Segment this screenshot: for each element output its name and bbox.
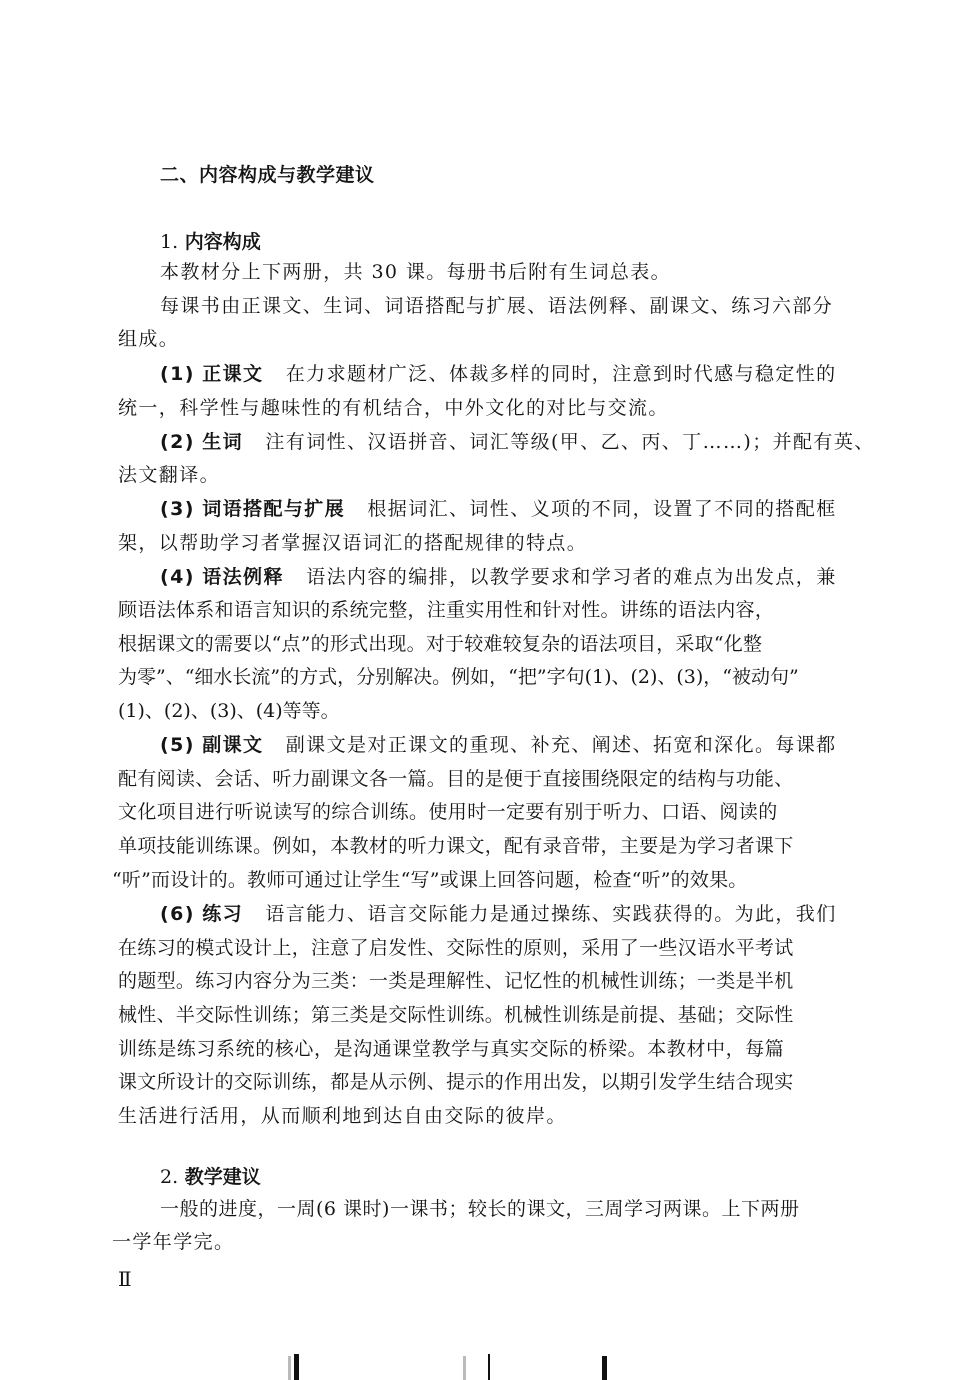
part2-line-2: 一学年学完。 (112, 1230, 234, 1254)
scan-mark-1 (294, 1354, 299, 1380)
item-6-line-7: 生活进行活用，从而顺利地到达自由交际的彼岸。 (118, 1104, 567, 1128)
item-3-number: (3) (160, 498, 195, 520)
part1-line-2: 每课书由正课文、生词、词语搭配与扩展、语法例释、副课文、练习六部分 (160, 294, 833, 318)
item-4-line-2: 顾语法体系和语言知识的系统完整，注重实用性和针对性。讲练的语法内容， (118, 598, 774, 622)
scan-mark-2 (488, 1354, 490, 1380)
item-1-text: 在力求题材广泛、体裁多样的同时，注意到时代感与稳定性的 (286, 363, 837, 385)
part1-number: 1. (160, 231, 178, 253)
item-2-first-line: (2) 生词 注有词性、汉语拼音、词汇等级(甲、乙、丙、丁……)；并配有英、 (160, 430, 875, 454)
item-6-term: 练习 (202, 903, 243, 925)
page-number: Ⅱ (118, 1267, 132, 1291)
part1-title: 内容构成 (185, 231, 261, 253)
item-6-line-6: 课文所设计的交际训练，都是从示例、提示的作用出发，以期引发学生结合现实 (118, 1070, 794, 1094)
item-3-text: 根据词汇、词性、义项的不同，设置了不同的搭配框 (367, 498, 836, 520)
item-4-line-5: (1)、(2)、(3)、(4)等等。 (118, 699, 340, 723)
scan-speckle-1 (288, 1356, 291, 1380)
item-5-number: (5) (160, 734, 195, 756)
item-1-line-2: 统一，科学性与趣味性的有机结合，中外文化的对比与交流。 (118, 396, 669, 420)
item-4-first-line: (4) 语法例释 语法内容的编排，以教学要求和学习者的难点为出发点，兼 (160, 565, 837, 589)
item-5-first-line: (5) 副课文 副课文是对正课文的重现、补充、阐述、拓宽和深化。每课都 (160, 733, 837, 757)
part2-line-1: 一般的进度，一周(6 课时)一课书；较长的课文，三周学习两课。上下两册 (160, 1197, 799, 1221)
part2-title: 教学建议 (185, 1166, 261, 1188)
item-6-first-line: (6) 练习 语言能力、语言交际能力是通过操练、实践获得的。为此，我们 (160, 902, 837, 926)
item-4-text: 语法内容的编排，以教学要求和学习者的难点为出发点，兼 (306, 566, 836, 588)
item-2-line-2: 法文翻译。 (118, 463, 220, 487)
item-5-term: 副课文 (202, 734, 263, 756)
part2-heading: 2. 教学建议 (160, 1162, 261, 1189)
item-3-term: 词语搭配与扩展 (202, 498, 345, 520)
item-4-term: 语法例释 (202, 566, 284, 588)
item-3-first-line: (3) 词语搭配与扩展 根据词汇、词性、义项的不同，设置了不同的搭配框 (160, 497, 837, 521)
item-2-number: (2) (160, 431, 195, 453)
item-4-number: (4) (160, 566, 195, 588)
item-4-line-3: 根据课文的需要以“点”的形式出现。对于较难较复杂的语法项目，采取“化整 (118, 632, 762, 656)
item-6-line-5: 训练是练习系统的核心，是沟通课堂教学与真实交际的桥梁。本教材中，每篇 (118, 1037, 784, 1061)
part2-number: 2. (160, 1166, 178, 1188)
item-6-line-2: 在练习的模式设计上，注意了启发性、交际性的原则，采用了一些汉语水平考试 (118, 936, 794, 960)
item-4-line-4: 为零”、“细水长流”的方式，分别解决。例如，“把”字句(1)、(2)、(3)，“… (118, 665, 799, 689)
item-6-line-4: 械性、半交际性训练；第三类是交际性训练。机械性训练是前提、基础；交际性 (118, 1003, 794, 1027)
item-6-number: (6) (160, 903, 195, 925)
document-page: 二、内容构成与教学建议 1. 内容构成 本教材分上下两册，共 30 课。每册书后… (0, 0, 960, 1380)
item-2-term: 生词 (202, 431, 243, 453)
item-5-line-5: “听”而设计的。教师可通过让学生“写”或课上回答问题，检查“听”的效果。 (112, 868, 747, 892)
item-5-line-2: 配有阅读、会话、听力副课文各一篇。目的是便于直接围绕限定的结构与功能、 (118, 767, 794, 791)
item-2-text: 注有词性、汉语拼音、词汇等级(甲、乙、丙、丁……)；并配有英、 (265, 431, 874, 453)
item-1-first-line: (1) 正课文 在力求题材广泛、体裁多样的同时，注意到时代感与稳定性的 (160, 362, 837, 386)
scan-speckle-2 (463, 1356, 466, 1380)
section-title: 二、内容构成与教学建议 (160, 160, 375, 187)
item-5-line-3: 文化项目进行听说读写的综合训练。使用时一定要有别于听力、口语、阅读的 (118, 800, 778, 824)
item-1-term: 正课文 (202, 363, 263, 385)
item-5-line-4: 单项技能训练课。例如，本教材的听力课文，配有录音带，主要是为学习者课下 (118, 834, 794, 858)
part1-line-3: 组成。 (118, 327, 179, 351)
item-6-text: 语言能力、语言交际能力是通过操练、实践获得的。为此，我们 (265, 903, 836, 925)
item-3-line-2: 架，以帮助学习者掌握汉语词汇的搭配规律的特点。 (118, 531, 587, 555)
item-6-line-3: 的题型。练习内容分为三类：一类是理解性、记忆性的机械性训练；一类是半机 (118, 969, 794, 993)
part1-line-1: 本教材分上下两册，共 30 课。每册书后附有生词总表。 (160, 260, 671, 284)
item-1-number: (1) (160, 363, 195, 385)
part1-heading: 1. 内容构成 (160, 227, 261, 254)
scan-mark-3 (602, 1356, 607, 1380)
item-5-text: 副课文是对正课文的重现、补充、阐述、拓宽和深化。每课都 (286, 734, 837, 756)
